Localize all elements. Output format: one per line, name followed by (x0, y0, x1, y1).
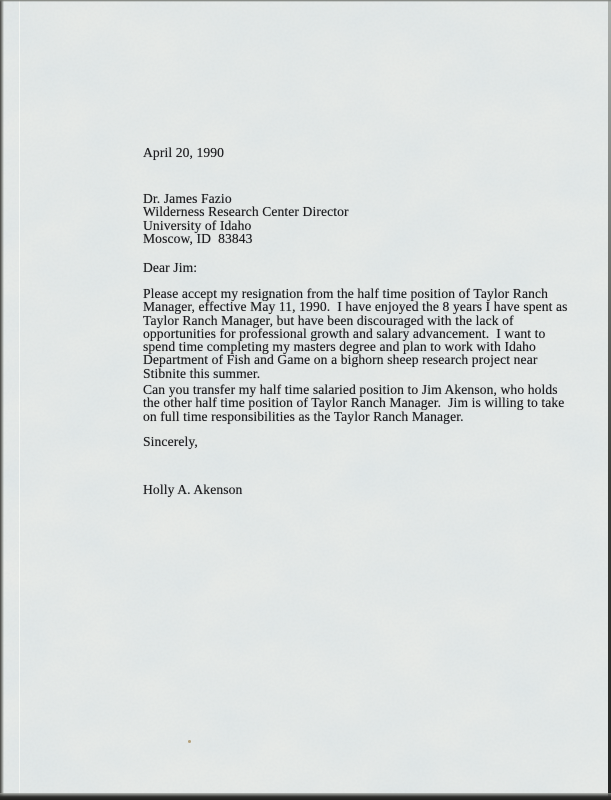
paper-speck (188, 740, 191, 743)
letter-closing: Sincerely, (143, 435, 588, 448)
letter-date: April 20, 1990 (143, 146, 588, 159)
letter-salutation: Dear Jim: (143, 261, 588, 274)
recipient-address: Dr. James Fazio Wilderness Research Cent… (143, 192, 588, 245)
scanned-letter-page: April 20, 1990 Dr. James Fazio Wildernes… (0, 0, 611, 800)
body-paragraph-2: Can you transfer my half time salaried p… (143, 383, 588, 423)
body-paragraph-1: Please accept my resignation from the ha… (143, 287, 588, 380)
signature-name: Holly A. Akenson (143, 483, 588, 496)
